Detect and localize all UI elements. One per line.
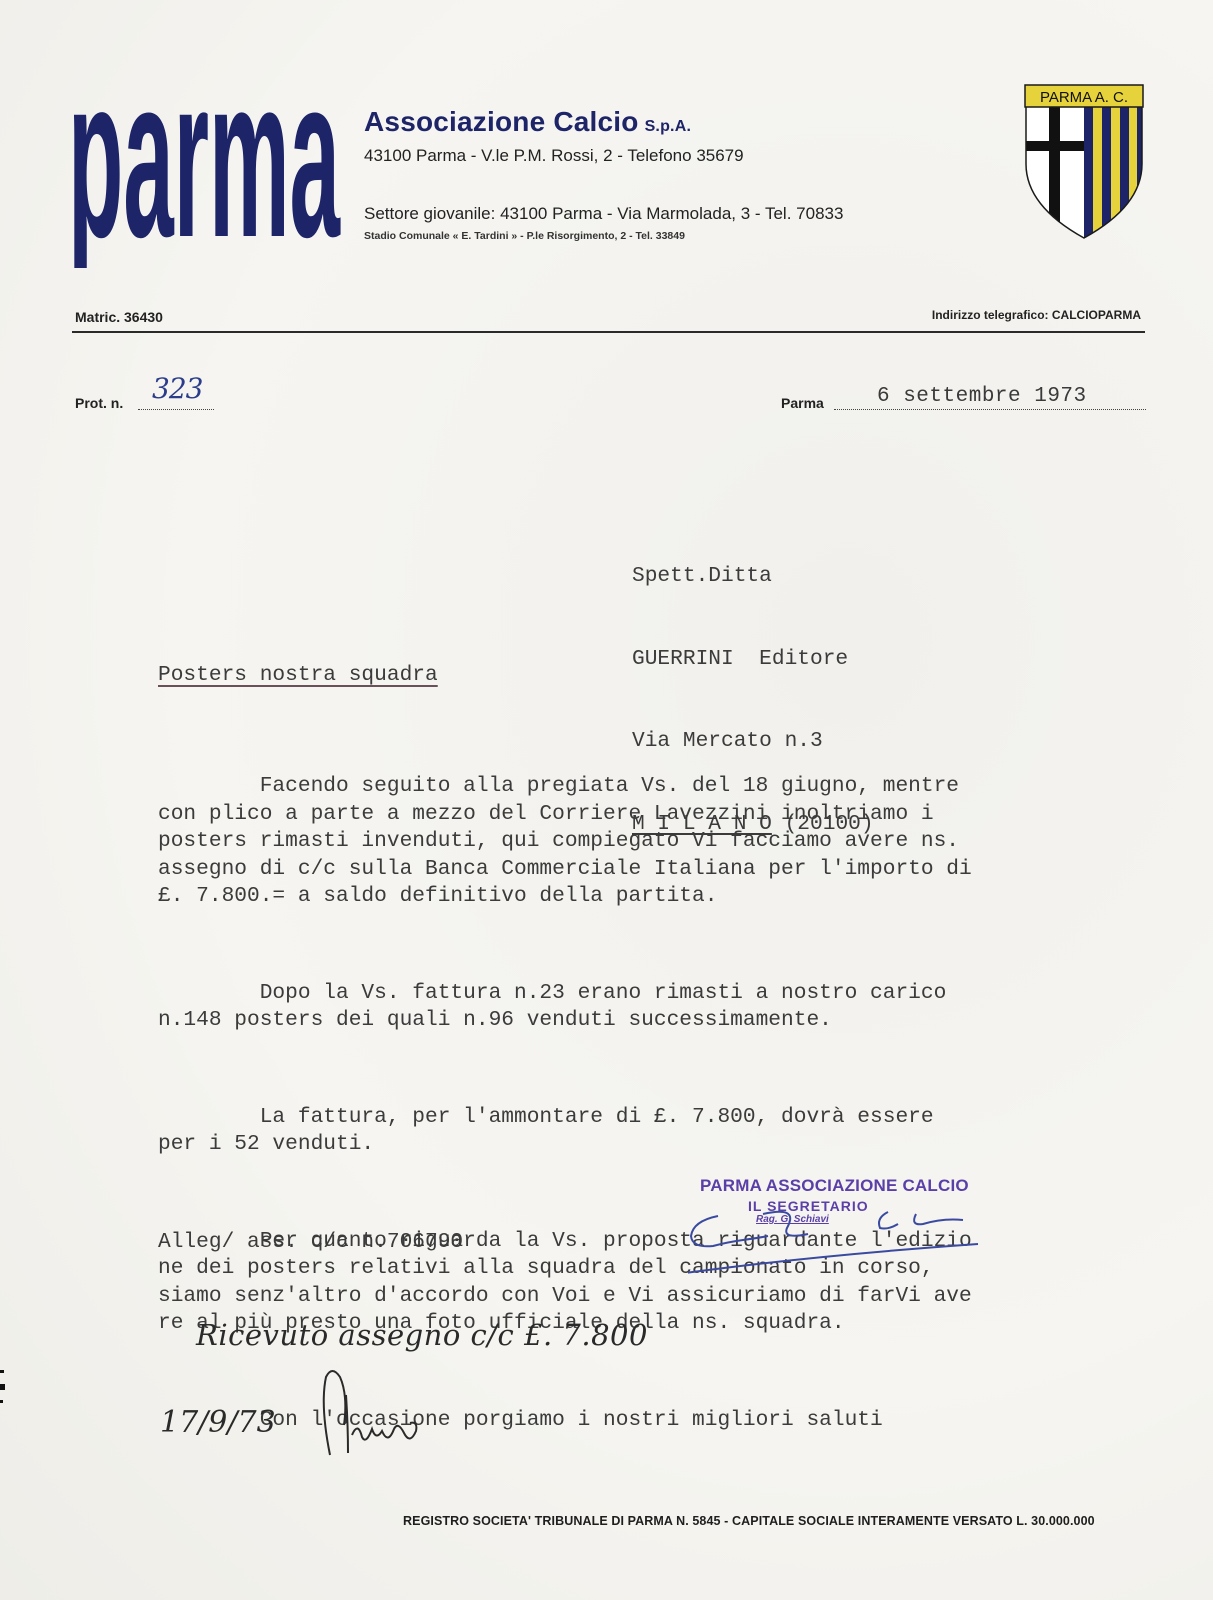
recipient-line: Spett.Ditta [632, 563, 874, 591]
telegraph-address: Indirizzo telegrafico: CALCIOPARMA [932, 308, 1141, 322]
matric-number: Matric. 36430 [75, 309, 163, 325]
body-paragraph: Facendo seguito alla pregiata Vs. del 18… [158, 773, 972, 911]
youth-sector-address: Settore giovanile: 43100 Parma - Via Mar… [364, 204, 843, 224]
letterhead-divider [72, 331, 1145, 333]
company-name: Associazione CalcioS.p.A. [364, 106, 691, 138]
attachment-note: Alleg/ ass. c/c n.706790 [158, 1229, 463, 1257]
body-paragraph: La fattura, per l'ammontare di £. 7.800,… [158, 1104, 972, 1159]
body-paragraph: Dopo la Vs. fattura n.23 erano rimasti a… [158, 980, 972, 1035]
scan-edge-marks [0, 1370, 12, 1420]
company-suffix: S.p.A. [645, 118, 692, 135]
letter-page: parma Associazione CalcioS.p.A. 43100 Pa… [0, 0, 1213, 1600]
secretary-signature [688, 1196, 988, 1306]
handwritten-receipt-date: 17/9/73 [160, 1405, 276, 1440]
parma-crest-icon: PARMA A. C. [1024, 84, 1144, 240]
registry-footer: REGISTRO SOCIETA' TRIBUNALE DI PARMA N. … [403, 1514, 1095, 1528]
crest-label: PARMA A. C. [1040, 89, 1128, 106]
protocol-number: 323 [152, 372, 202, 405]
closing-salutation: Con l'occasione porgiamo i nostri miglio… [158, 1407, 972, 1435]
protocol-label: Prot. n. [75, 395, 123, 411]
stamp-organization: PARMA ASSOCIAZIONE CALCIO [700, 1176, 960, 1196]
stadium-address: Stadio Comunale « E. Tardini » - P.le Ri… [364, 230, 685, 242]
letter-body: Facendo seguito alla pregiata Vs. del 18… [158, 718, 972, 1503]
parma-logo-wordmark: parma [68, 68, 343, 268]
recipient-line: GUERRINI Editore [632, 646, 874, 674]
hq-address: 43100 Parma - V.le P.M. Rossi, 2 - Telef… [364, 146, 744, 166]
letter-subject: Posters nostra squadra [158, 662, 438, 690]
letter-date: 6 settembre 1973 [877, 385, 1087, 408]
place-label: Parma [781, 395, 824, 411]
logo-text: parma [68, 68, 341, 268]
company-name-text: Associazione Calcio [364, 106, 639, 137]
handwritten-receipt-note: Ricevuto assegno c/c £. 7.800 [196, 1318, 648, 1352]
handwritten-signature [318, 1365, 428, 1460]
